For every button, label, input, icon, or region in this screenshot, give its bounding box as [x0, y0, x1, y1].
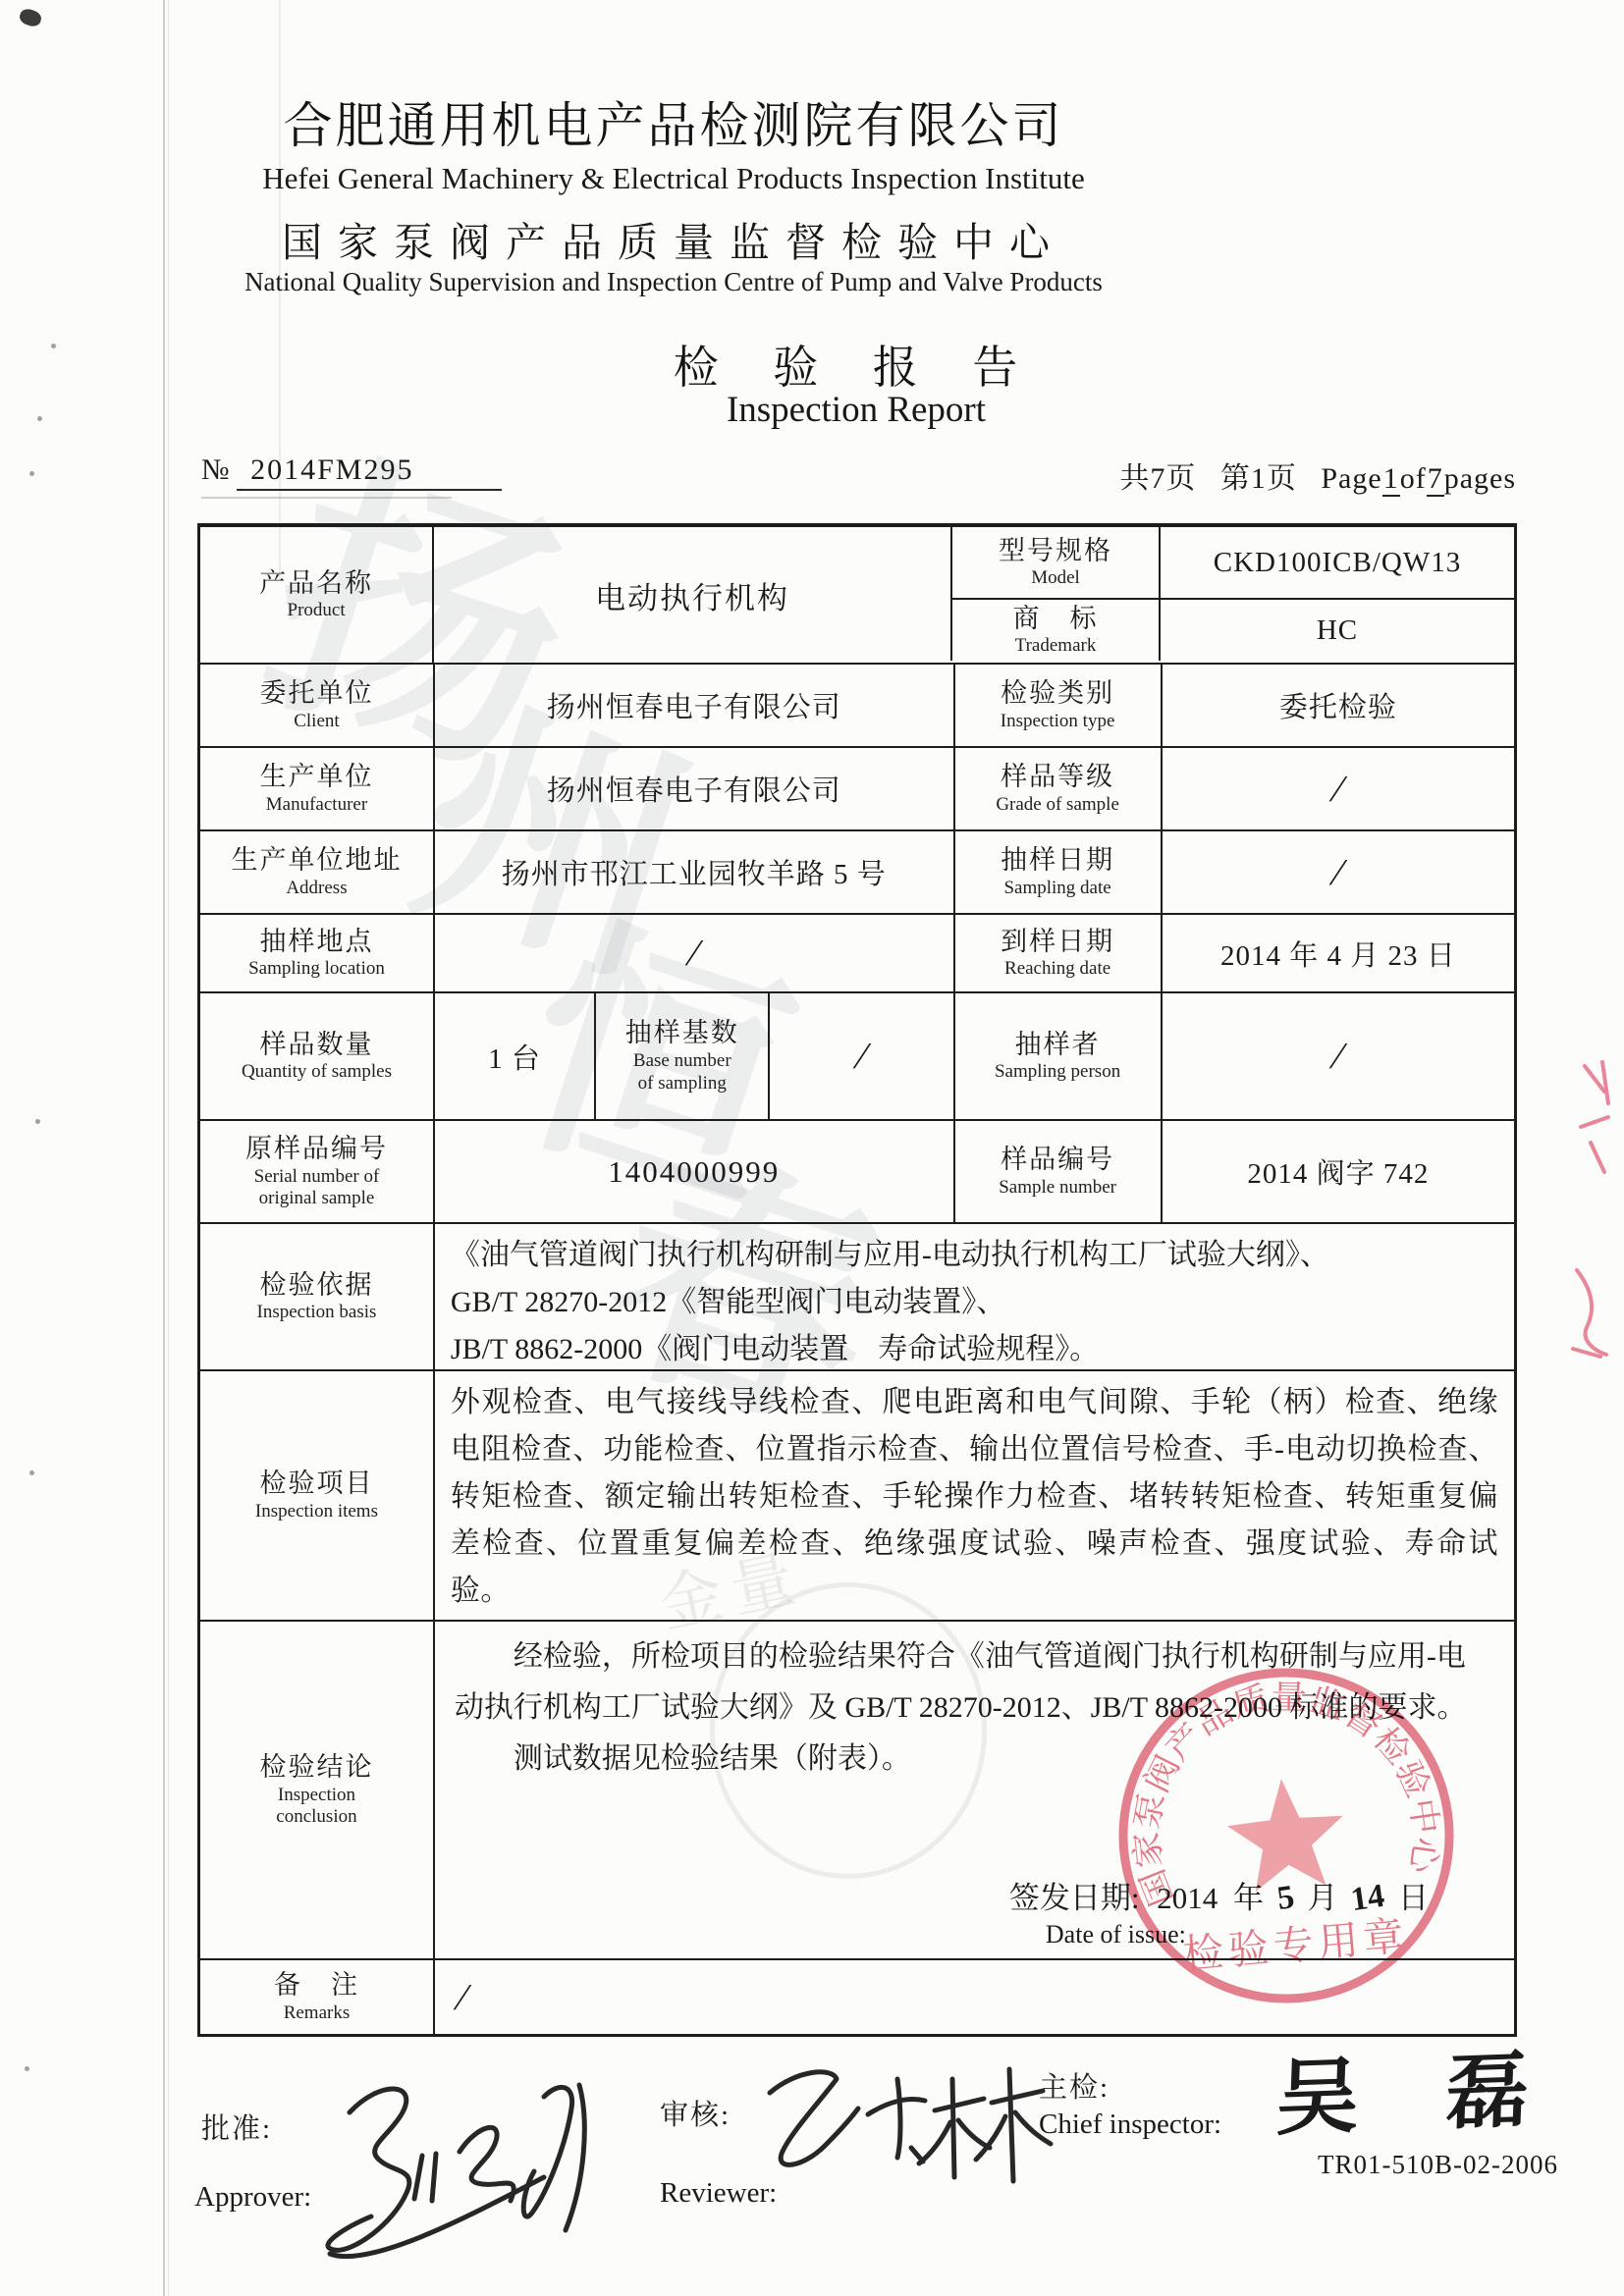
sampling-date-label-en: Sampling date: [1003, 878, 1110, 900]
manufacturer-label-cell: 生产单位 Manufacturer: [200, 748, 433, 829]
chief-inspector-signature: 吴 磊: [1274, 2023, 1564, 2152]
scan-corner-mark: [18, 7, 43, 28]
serial-number-label-cn: 原样品编号: [245, 1133, 388, 1166]
sampling-location-label-cn: 抽样地点: [259, 926, 373, 959]
inspection-conclusion-label-cn: 检验结论: [259, 1751, 373, 1785]
inspection-basis-value-cell: 《油气管道阀门执行机构研制与应用-电动执行机构工厂试验大纲》、 GB/T 282…: [433, 1224, 1514, 1369]
address-value: 扬州市邗江工业园牧羊路 5 号: [502, 852, 887, 892]
report-number-underline-shadow: [201, 497, 452, 499]
page-current-cn: 第1页: [1220, 462, 1297, 495]
manufacturer-value: 扬州恒春电子有限公司: [547, 769, 841, 809]
address-label-cn: 生产单位地址: [231, 844, 402, 878]
reaching-date-label-cell: 到样日期 Reaching date: [953, 915, 1161, 991]
reaching-date-value: 2014 年 4 月 23 日: [1220, 934, 1456, 974]
grade-value: /: [1329, 768, 1347, 811]
inspection-items-label-en: Inspection items: [255, 1501, 378, 1523]
form-code: TR01-510B-02-2006: [1318, 2150, 1558, 2180]
pages-total-cn: 共7页: [1119, 462, 1196, 495]
sampling-date-value: /: [1329, 851, 1347, 894]
inspection-conclusion-label-en-1: Inspection: [278, 1785, 355, 1807]
reaching-date-label-cn: 到样日期: [1001, 926, 1114, 959]
center-name-cn: 国家泵阀产品质量监督检验中心: [0, 210, 1347, 268]
manufacturer-value-cell: 扬州恒春电子有限公司: [433, 748, 953, 829]
row-trademark: 商 标 Trademark HC: [950, 598, 1514, 661]
sample-number-value-cell: 2014 阀字 742: [1161, 1121, 1514, 1222]
quantity-value-cell: 1 台: [433, 993, 594, 1119]
of-word: of: [1400, 462, 1427, 495]
inspection-basis-label-cn: 检验依据: [259, 1269, 373, 1303]
inspection-basis-label-en: Inspection basis: [257, 1302, 377, 1324]
base-number-value-cell: /: [768, 993, 952, 1119]
sampling-person-value-cell: /: [1161, 993, 1514, 1119]
row-address: 生产单位地址 Address 扬州市邗江工业园牧羊路 5 号 抽样日期 Samp…: [200, 829, 1514, 913]
center-name-en: National Quality Supervision and Inspect…: [0, 267, 1347, 297]
scan-speck: [29, 471, 34, 476]
page-word: Page: [1321, 462, 1381, 495]
inspection-seal: 国家泵阀产品质量监督检验中心 检验专用章: [1093, 1642, 1480, 2029]
approver-label-en: Approver:: [194, 2181, 311, 2214]
inspection-type-label-cn: 检验类别: [1001, 677, 1114, 711]
row-manufacturer: 生产单位 Manufacturer 扬州恒春电子有限公司 样品等级 Grade …: [200, 746, 1514, 829]
scan-speck: [51, 344, 56, 348]
base-number-label-cn: 抽样基数: [625, 1017, 739, 1050]
quantity-label-cell: 样品数量 Quantity of samples: [200, 993, 433, 1119]
product-label-en: Product: [288, 600, 346, 622]
red-ink-edge-mark: [1567, 1266, 1610, 1374]
sample-number-value: 2014 阀字 742: [1247, 1151, 1429, 1192]
scan-speck: [29, 1470, 34, 1475]
inspection-report-page: 扬 州 恒 春 合肥通用机电产品检测院有限公司 Hefei General Ma…: [0, 0, 1624, 2296]
product-value-cell: 电动执行机构: [432, 527, 950, 663]
grade-value-cell: /: [1161, 748, 1514, 829]
page-current: 1: [1382, 462, 1400, 497]
inspection-conclusion-label-en-2: conclusion: [276, 1806, 356, 1829]
remarks-label-cell: 备 注 Remarks: [200, 1960, 433, 2034]
product-label-cell: 产品名称 Product: [200, 527, 432, 663]
serial-number-value-cell: 1404000999: [433, 1121, 953, 1222]
scan-speck: [25, 2066, 29, 2071]
company-name-cn: 合肥通用机电产品检测院有限公司: [0, 86, 1347, 157]
trademark-value-cell: HC: [1159, 600, 1514, 661]
row-model: 型号规格 Model CKD100ICB/QW13: [950, 527, 1514, 598]
inspection-basis-line-2: GB/T 28270-2012《智能型阀门电动装置》、: [451, 1279, 1498, 1326]
serial-number-label-cell: 原样品编号 Serial number of original sample: [200, 1121, 433, 1222]
pages-word: pages: [1444, 462, 1516, 495]
sampling-location-label-cell: 抽样地点 Sampling location: [200, 915, 433, 991]
inspection-items-label-cell: 检验项目 Inspection items: [200, 1371, 433, 1620]
sampling-location-value-cell: /: [433, 915, 953, 991]
grade-label-cn: 样品等级: [1001, 761, 1114, 794]
inspection-basis-line-3: JB/T 8862-2000《阀门电动装置 寿命试验规程》。: [451, 1326, 1498, 1369]
client-label-cn: 委托单位: [259, 677, 373, 711]
reaching-date-label-en: Reaching date: [1004, 958, 1110, 981]
sampling-location-label-en: Sampling location: [248, 958, 385, 981]
trademark-label-cell: 商 标 Trademark: [950, 600, 1159, 661]
client-label-cell: 委托单位 Client: [200, 665, 433, 746]
inspection-items-value-cell: 外观检查、电气接线导线检查、爬电距离和电气间隙、手轮（柄）检查、绝缘电阻检查、功…: [433, 1371, 1514, 1620]
inspection-type-label-en: Inspection type: [1001, 711, 1115, 733]
trademark-value: HC: [1317, 614, 1358, 647]
sampling-date-value-cell: /: [1161, 831, 1514, 913]
inspection-basis-label-cell: 检验依据 Inspection basis: [200, 1224, 433, 1369]
trademark-label-cn: 商 标: [1013, 603, 1099, 636]
inspection-items-label-cn: 检验项目: [259, 1468, 373, 1501]
report-title-cn: 检 验 报 告: [196, 332, 1516, 397]
sample-number-label-en: Sample number: [999, 1177, 1116, 1200]
pagination: 共7页 第1页 Page1of7pages: [1119, 454, 1516, 497]
remarks-value: /: [454, 1976, 471, 2019]
row-product: 产品名称 Product 电动执行机构 型号规格 Model CKD100ICB…: [200, 527, 1514, 663]
scan-speck: [37, 416, 42, 421]
reaching-date-value-cell: 2014 年 4 月 23 日: [1161, 915, 1514, 991]
model-label-cell: 型号规格 Model: [950, 527, 1159, 598]
number-symbol: №: [201, 454, 230, 486]
model-trademark-group: 型号规格 Model CKD100ICB/QW13 商 标 Trademark …: [950, 527, 1514, 663]
model-value-cell: CKD100ICB/QW13: [1159, 527, 1514, 598]
client-label-en: Client: [294, 711, 339, 733]
sample-number-label-cn: 样品编号: [1001, 1144, 1114, 1177]
scan-speck: [35, 1119, 40, 1124]
chief-inspector-label-en: Chief inspector:: [1039, 2109, 1221, 2141]
base-number-label-en-1: Base number: [633, 1050, 731, 1073]
sampling-person-label-cell: 抽样者 Sampling person: [953, 993, 1161, 1119]
report-number: 2014FM295: [237, 454, 502, 491]
red-ink-edge-mark: [1577, 1058, 1620, 1186]
grade-label-en: Grade of sample: [996, 794, 1119, 817]
inspection-type-value-cell: 委托检验: [1161, 665, 1514, 746]
grade-label-cell: 样品等级 Grade of sample: [953, 748, 1161, 829]
row-serial-number: 原样品编号 Serial number of original sample 1…: [200, 1119, 1514, 1222]
row-quantity: 样品数量 Quantity of samples 1 台 抽样基数 Base n…: [200, 991, 1514, 1119]
row-inspection-items: 检验项目 Inspection items 外观检查、电气接线导线检查、爬电距离…: [200, 1369, 1514, 1620]
company-name-en: Hefei General Machinery & Electrical Pro…: [0, 161, 1347, 196]
manufacturer-label-en: Manufacturer: [266, 794, 367, 817]
reviewer-label-cn: 审核:: [660, 2093, 731, 2133]
chief-inspector-label-cn: 主检:: [1039, 2065, 1110, 2106]
sampling-person-value: /: [1329, 1035, 1347, 1078]
address-value-cell: 扬州市邗江工业园牧羊路 5 号: [433, 831, 953, 913]
address-label-en: Address: [286, 878, 347, 900]
row-client: 委托单位 Client 扬州恒春电子有限公司 检验类别 Inspection t…: [200, 663, 1514, 746]
trademark-label-en: Trademark: [1015, 635, 1097, 658]
sampling-location-value: /: [685, 932, 703, 975]
product-value: 电动执行机构: [595, 573, 789, 617]
row-inspection-basis: 检验依据 Inspection basis 《油气管道阀门执行机构研制与应用-电…: [200, 1222, 1514, 1369]
sampling-date-label-cell: 抽样日期 Sampling date: [953, 831, 1161, 913]
inspection-type-value: 委托检验: [1279, 685, 1397, 725]
report-number-line: № 2014FM295: [201, 454, 502, 491]
scanner-edge-line: [163, 0, 165, 2296]
sampling-person-label-en: Sampling person: [995, 1061, 1120, 1084]
scanner-edge-line-faint: [168, 0, 169, 2296]
sampling-person-label-cn: 抽样者: [1015, 1029, 1101, 1062]
approver-signature: [312, 2061, 636, 2287]
inspection-type-label-cell: 检验类别 Inspection type: [953, 665, 1161, 746]
client-value: 扬州恒春电子有限公司: [547, 685, 841, 725]
address-label-cell: 生产单位地址 Address: [200, 831, 433, 913]
page-total: 7: [1427, 462, 1444, 497]
reviewer-signature: [742, 2052, 1076, 2223]
serial-number-value: 1404000999: [608, 1154, 780, 1190]
base-number-label-en-2: of sampling: [638, 1073, 727, 1095]
approver-label-cn: 批准:: [201, 2107, 272, 2147]
model-label-cn: 型号规格: [999, 535, 1112, 568]
quantity-value: 1 台: [488, 1037, 541, 1077]
report-title-en: Inspection Report: [196, 389, 1516, 431]
base-number-label-cell: 抽样基数 Base number of sampling: [594, 993, 768, 1119]
sample-number-label-cell: 样品编号 Sample number: [953, 1121, 1161, 1222]
seal-star-icon: [1223, 1774, 1348, 1894]
inspection-conclusion-label-cell: 检验结论 Inspection conclusion: [200, 1622, 433, 1958]
client-value-cell: 扬州恒春电子有限公司: [433, 665, 953, 746]
row-sampling-location: 抽样地点 Sampling location / 到样日期 Reaching d…: [200, 913, 1514, 991]
model-label-en: Model: [1031, 567, 1080, 590]
product-label-cn: 产品名称: [259, 567, 373, 601]
remarks-label-en: Remarks: [284, 2002, 351, 2025]
serial-number-label-en-2: original sample: [259, 1188, 375, 1210]
inspection-basis-line-1: 《油气管道阀门执行机构研制与应用-电动执行机构工厂试验大纲》、: [451, 1232, 1498, 1279]
quantity-label-en: Quantity of samples: [242, 1061, 392, 1084]
manufacturer-label-cn: 生产单位: [259, 761, 373, 794]
sampling-date-label-cn: 抽样日期: [1001, 844, 1114, 878]
remarks-label-cn: 备 注: [274, 1969, 359, 2002]
quantity-label-cn: 样品数量: [259, 1029, 373, 1062]
base-number-value: /: [853, 1035, 871, 1078]
model-value: CKD100ICB/QW13: [1214, 547, 1461, 579]
serial-number-label-en-1: Serial number of: [254, 1166, 380, 1189]
